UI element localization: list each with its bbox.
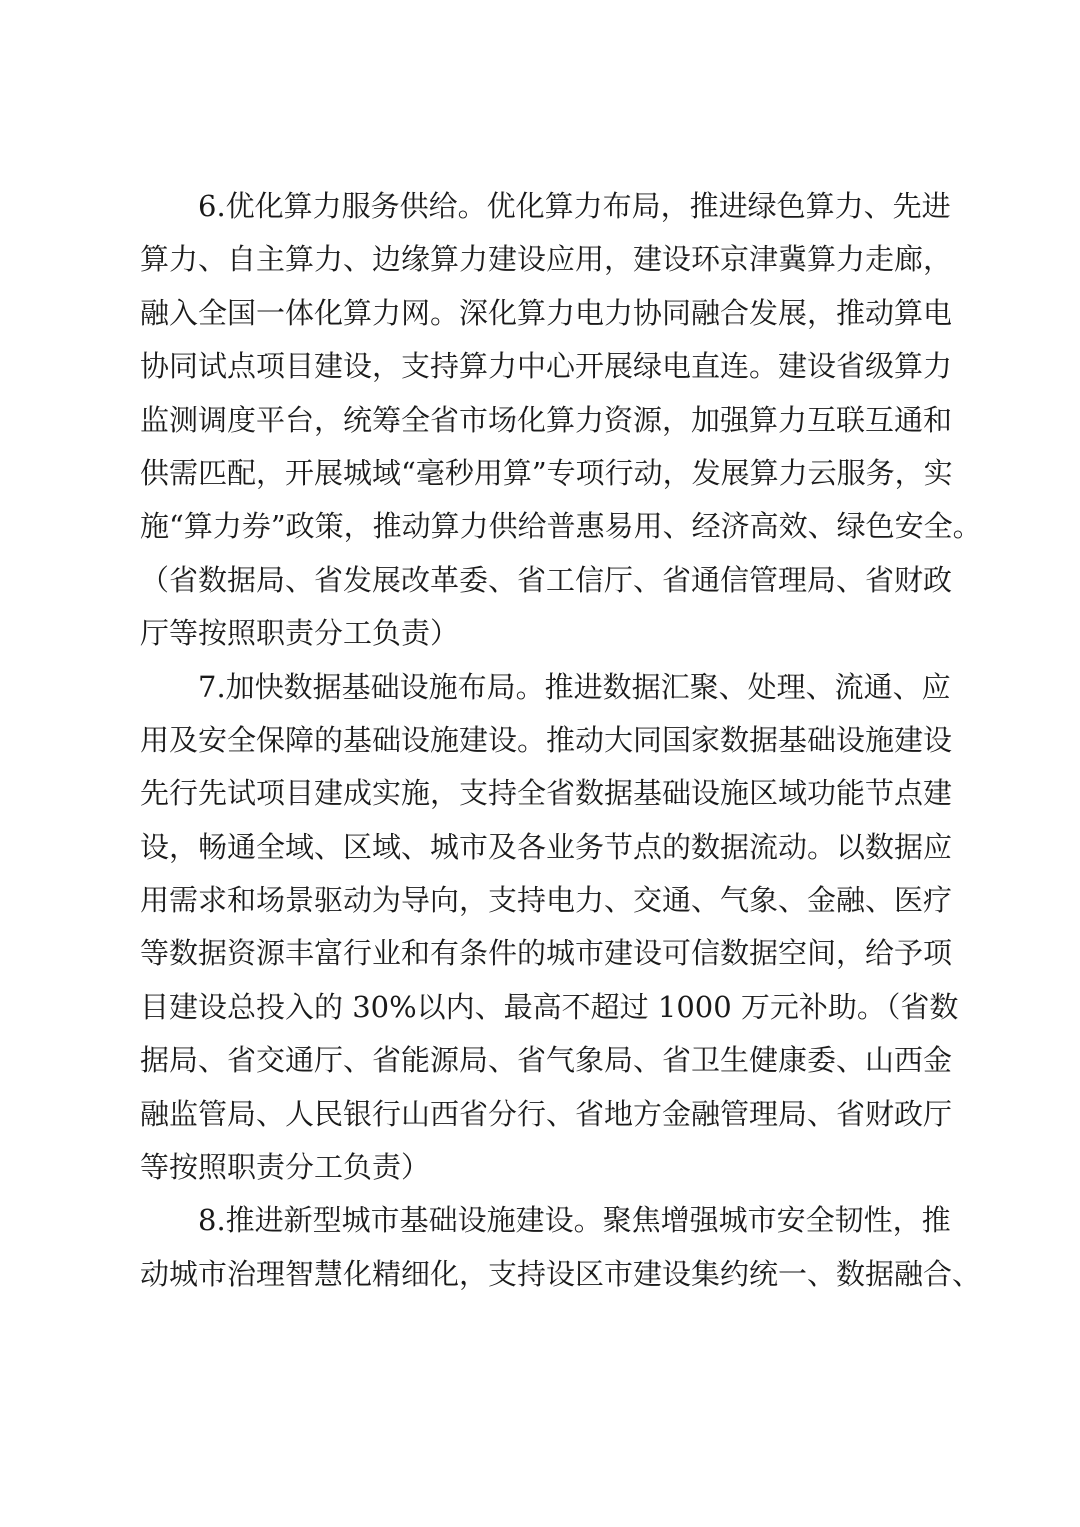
text-line: 7.加快数据基础设施布局。推进数据汇聚、处理、流通、应	[140, 661, 940, 714]
text-line: 先行先试项目建成实施，支持全省数据基础设施区域功能节点建	[140, 767, 940, 820]
text-line: 监测调度平台，统筹全省市场化算力资源，加强算力互联互通和	[140, 394, 940, 447]
text-line: 厅等按照职责分工负责）	[140, 607, 940, 660]
text-line: 目建设总投入的 30%以内、最高不超过 1000 万元补助。（省数	[140, 981, 940, 1034]
document-page: 6.优化算力服务供给。优化算力布局，推进绿色算力、先进 算力、自主算力、边缘算力…	[140, 180, 940, 1301]
paragraph-6: 6.优化算力服务供给。优化算力布局，推进绿色算力、先进 算力、自主算力、边缘算力…	[140, 180, 940, 661]
text-line: 设，畅通全域、区域、城市及各业务节点的数据流动。以数据应	[140, 821, 940, 874]
text-line: 用需求和场景驱动为导向，支持电力、交通、气象、金融、医疗	[140, 874, 940, 927]
text-line: 等按照职责分工负责）	[140, 1141, 940, 1194]
text-line: 等数据资源丰富行业和有条件的城市建设可信数据空间，给予项	[140, 927, 940, 980]
text-line: 融入全国一体化算力网。深化算力电力协同融合发展，推动算电	[140, 287, 940, 340]
paragraph-8: 8.推进新型城市基础设施建设。聚焦增强城市安全韧性，推 动城市治理智慧化精细化，…	[140, 1194, 940, 1301]
text-line: （省数据局、省发展改革委、省工信厅、省通信管理局、省财政	[140, 554, 940, 607]
text-line: 动城市治理智慧化精细化，支持设区市建设集约统一、数据融合、	[140, 1248, 940, 1301]
text-line: 融监管局、人民银行山西省分行、省地方金融管理局、省财政厅	[140, 1088, 940, 1141]
paragraph-7: 7.加快数据基础设施布局。推进数据汇聚、处理、流通、应 用及安全保障的基础设施建…	[140, 661, 940, 1195]
text-line: 据局、省交通厅、省能源局、省气象局、省卫生健康委、山西金	[140, 1034, 940, 1087]
text-line: 用及安全保障的基础设施建设。推动大同国家数据基础设施建设	[140, 714, 940, 767]
text-line: 8.推进新型城市基础设施建设。聚焦增强城市安全韧性，推	[140, 1194, 940, 1247]
text-line: 算力、自主算力、边缘算力建设应用，建设环京津冀算力走廊，	[140, 233, 940, 286]
text-line: 协同试点项目建设，支持算力中心开展绿电直连。建设省级算力	[140, 340, 940, 393]
text-line: 供需匹配，开展城域“毫秒用算”专项行动，发展算力云服务，实	[140, 447, 940, 500]
text-line: 6.优化算力服务供给。优化算力布局，推进绿色算力、先进	[140, 180, 940, 233]
text-line: 施“算力券”政策，推动算力供给普惠易用、经济高效、绿色安全。	[140, 500, 940, 553]
